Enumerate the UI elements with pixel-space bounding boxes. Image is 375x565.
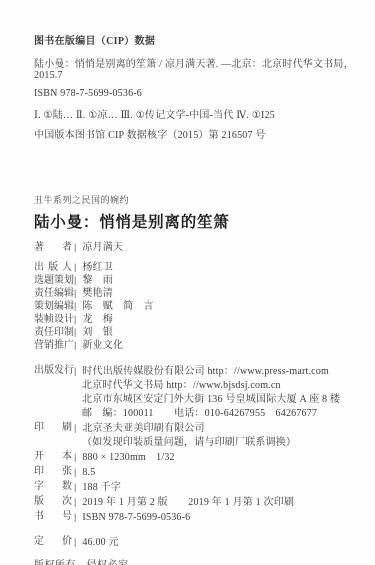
credit-value: 龙 梅	[82, 314, 113, 325]
label-separator: |	[74, 242, 76, 252]
publication-value: 邮 编：100011 电话：010-64267955 64267677	[82, 408, 317, 419]
publication-block: 出版发行|时代出版传媒股份有限公司 http：//www.press-mart.…	[34, 364, 359, 550]
publication-value: 46.00 元	[82, 537, 118, 548]
credit-label: 营销推广	[34, 339, 72, 352]
credit-value: 杨红卫	[82, 262, 113, 273]
cip-record-number-line: 中国版本图书馆 CIP 数据核字（2015）第 216507 号	[34, 130, 359, 141]
publication-line: 印刷|北京圣夫亚美印刷有限公司	[34, 421, 359, 436]
publication-value: 北京时代华文书局 http：//www.bjsdsj.com.cn	[82, 380, 281, 391]
label-separator: |	[74, 467, 76, 477]
publication-line: 开本|880 × 1230mm 1/32	[34, 450, 359, 465]
credit-row: 出版人|杨红卫	[34, 261, 359, 274]
publication-line: 邮 编：100011 电话：010-64267955 64267677	[34, 407, 359, 421]
label-separator: |	[74, 452, 76, 462]
publication-value: 北京市东城区安定门外大街 136 号皇城国际大厦 A 座 8 楼	[82, 394, 340, 405]
copyright-notice: 版权所有，侵权必究	[34, 559, 359, 565]
credit-row: 营销推广|新业文化	[34, 339, 359, 352]
credit-label: 装帧设计	[34, 313, 72, 326]
label-separator: |	[74, 340, 76, 350]
publication-label: 书号	[34, 510, 72, 524]
cip-bibliographic-line: 陆小曼：悄悄是别离的笙箫 / 凉月满天著. —北京：北京时代华文书局，2015.…	[34, 59, 359, 81]
publication-row: 出版发行|时代出版传媒股份有限公司 http：//www.press-mart.…	[34, 364, 359, 421]
publication-value: 8.5	[82, 467, 95, 478]
publication-line: 出版发行|时代出版传媒股份有限公司 http：//www.press-mart.…	[34, 364, 359, 379]
publication-line: （如发现印装质量问题，请与印刷厂联系调换）	[34, 436, 359, 450]
label-separator: |	[74, 301, 76, 311]
publication-line: 北京市东城区安定门外大街 136 号皇城国际大厦 A 座 8 楼	[34, 393, 359, 407]
publication-row: 版次|2019 年 1 月第 2 版 2019 年 1 月第 1 次印刷	[34, 495, 359, 510]
publication-row: 印刷|北京圣夫亚美印刷有限公司（如发现印装质量问题，请与印刷厂联系调换）	[34, 421, 359, 450]
publication-value: 2019 年 1 月第 2 版 2019 年 1 月第 1 次印刷	[82, 497, 294, 508]
credit-value: 樊艳清	[82, 288, 113, 299]
credit-row: 责任印制|刘 银	[34, 326, 359, 339]
label-separator: |	[74, 314, 76, 324]
label-separator: |	[74, 366, 76, 376]
publication-value: 北京圣夫亚美印刷有限公司	[82, 423, 204, 434]
publication-label: 定价	[34, 535, 72, 549]
cip-classification-line: Ⅰ. ①陆… Ⅱ. ①凉… Ⅲ. ①传记文学-中国-当代 Ⅳ. ①I25	[34, 110, 359, 121]
credit-value: 黎 雨	[82, 275, 113, 286]
publication-line: 字数|188 千字	[34, 480, 359, 495]
credit-value: 刘 银	[82, 327, 113, 338]
label-separator: |	[74, 537, 76, 547]
label-separator: |	[74, 512, 76, 522]
label-separator: |	[74, 482, 76, 492]
label-separator: |	[74, 262, 76, 272]
credit-value: 凉月满天	[82, 242, 123, 253]
credit-row: 选题策划|黎 雨	[34, 274, 359, 287]
credit-label: 出版人	[34, 261, 72, 274]
book-title: 陆小曼：悄悄是别离的笙箫	[34, 210, 359, 232]
publication-value: 880 × 1230mm 1/32	[82, 452, 174, 463]
publication-line: 北京时代华文书局 http：//www.bjsdsj.com.cn	[34, 379, 359, 393]
credit-label: 著者	[34, 241, 72, 254]
publication-row: 印张|8.5	[34, 465, 359, 480]
cip-block: 图书在版编目（CIP）数据 陆小曼：悄悄是别离的笙箫 / 凉月满天著. —北京：…	[34, 36, 359, 141]
publication-value: ISBN 978-7-5699-0536-6	[82, 512, 190, 523]
credit-label: 选题策划	[34, 274, 72, 287]
publication-label: 印刷	[34, 421, 72, 435]
credit-value: 陈 赋 简 言	[82, 301, 153, 312]
publication-label: 印张	[34, 465, 72, 479]
label-separator: |	[74, 497, 76, 507]
credit-row: 著者|凉月满天	[34, 241, 359, 254]
publication-label: 出版发行	[34, 364, 72, 378]
series-name: 丑牛系列之民国的婉约	[34, 193, 359, 206]
label-separator: |	[74, 275, 76, 285]
publication-row: 字数|188 千字	[34, 480, 359, 495]
publication-value: 时代出版传媒股份有限公司 http：//www.press-mart.com	[82, 366, 329, 377]
publication-value: 188 千字	[82, 482, 121, 493]
credit-row: 责任编辑|樊艳清	[34, 287, 359, 300]
credit-row: 策划编辑|陈 赋 简 言	[34, 300, 359, 313]
copyright-page: 图书在版编目（CIP）数据 陆小曼：悄悄是别离的笙箫 / 凉月满天著. —北京：…	[0, 0, 375, 565]
credit-value: 新业文化	[82, 340, 123, 351]
credits-block: 著者|凉月满天出版人|杨红卫选题策划|黎 雨责任编辑|樊艳清策划编辑|陈 赋 简…	[34, 241, 359, 352]
credit-row: 装帧设计|龙 梅	[34, 313, 359, 326]
publication-line: 书号|ISBN 978-7-5699-0536-6	[34, 510, 359, 525]
publication-label: 开本	[34, 450, 72, 464]
publication-label: 字数	[34, 480, 72, 494]
cip-isbn-line: ISBN 978-7-5699-0536-6	[34, 88, 359, 99]
cip-header: 图书在版编目（CIP）数据	[34, 36, 359, 47]
publication-value: （如发现印装质量问题，请与印刷厂联系调换）	[82, 437, 296, 448]
publication-line: 印张|8.5	[34, 465, 359, 480]
title-block: 丑牛系列之民国的婉约 陆小曼：悄悄是别离的笙箫	[34, 193, 359, 232]
credit-label: 策划编辑	[34, 300, 72, 313]
publication-label: 版次	[34, 495, 72, 509]
publication-line: 定价|46.00 元	[34, 535, 359, 550]
label-separator: |	[74, 288, 76, 298]
publication-row: 定价|46.00 元	[34, 535, 359, 550]
publication-row: 书号|ISBN 978-7-5699-0536-6	[34, 510, 359, 525]
credit-label: 责任印制	[34, 326, 72, 339]
publication-row: 开本|880 × 1230mm 1/32	[34, 450, 359, 465]
label-separator: |	[74, 327, 76, 337]
publication-line: 版次|2019 年 1 月第 2 版 2019 年 1 月第 1 次印刷	[34, 495, 359, 510]
credit-label: 责任编辑	[34, 287, 72, 300]
label-separator: |	[74, 423, 76, 433]
